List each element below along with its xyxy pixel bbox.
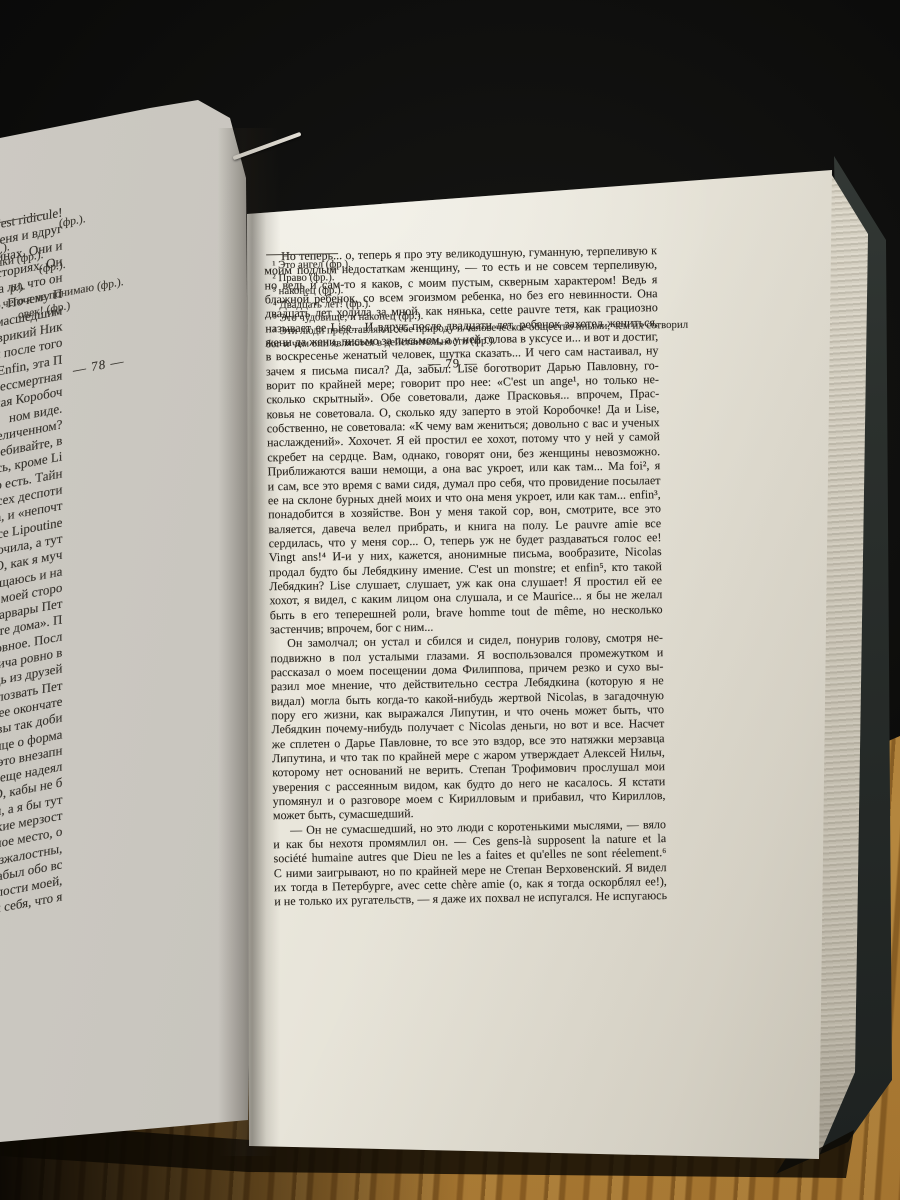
photo-scene: перь совершенно один. Enfin, c'est ridic… [0,0,900,1200]
right-page-footnotes: ¹ Это ангел (фр.).² Право (фр.).³ наконе… [264,253,691,352]
right-page-content: Но теперь... о, теперь я про эту великод… [264,243,692,374]
left-page-number: — 78 — [73,332,237,379]
text-line: ался быть счастливым и уверял себя, что … [0,889,62,959]
bookmark-thread [232,132,301,160]
left-page-content: перь совершенно один. Enfin, c'est ridic… [0,172,237,434]
